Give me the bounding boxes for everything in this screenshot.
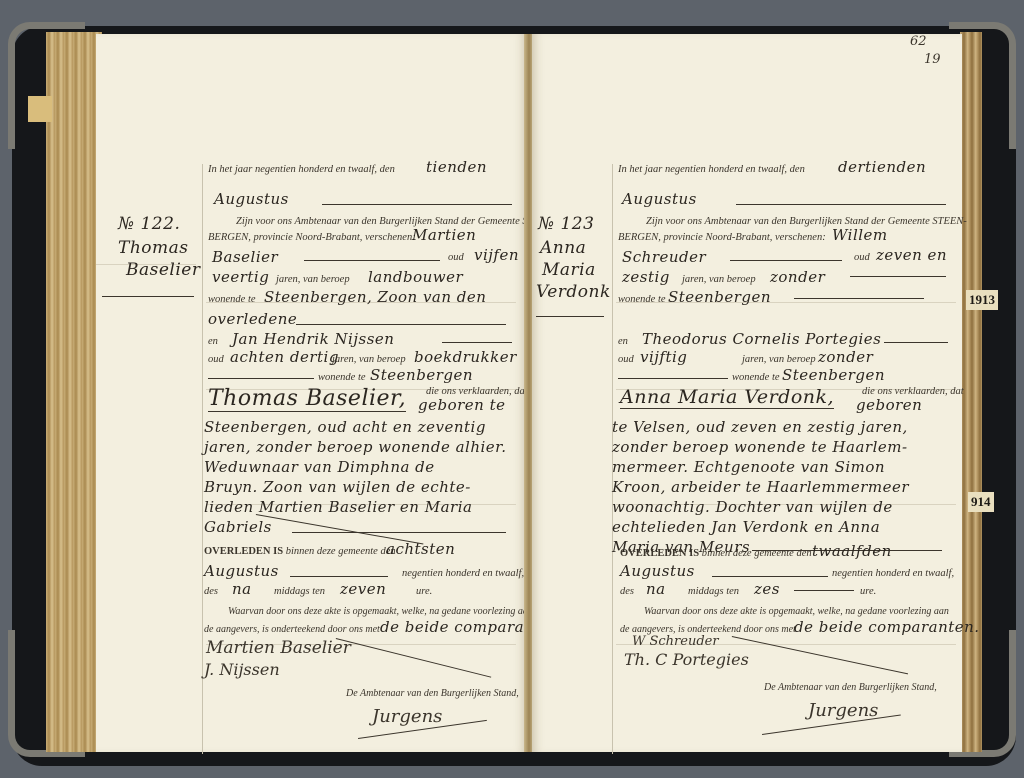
record-month: Augustus xyxy=(214,190,289,208)
margin-underline xyxy=(536,316,604,317)
closing-printed-1: Waarvan door ons deze akte is opgemaakt,… xyxy=(644,606,949,617)
intro-printed: In het jaar negentien honderd en twaalf,… xyxy=(618,164,805,175)
margin-name-line1: Anna xyxy=(540,238,586,258)
body-line-2: zonder beroep wonende te Haarlem- xyxy=(612,438,908,456)
strike-line xyxy=(732,636,908,674)
fill-line xyxy=(290,576,388,577)
declarant1-first-name: Martien xyxy=(412,226,476,244)
death-hour: zes xyxy=(754,580,780,598)
overleden-line: OVERLEDEN IS binnen deze gemeente den xyxy=(620,548,812,559)
declarant1-residence: Steenbergen xyxy=(668,288,771,306)
margin-name-line1: Thomas xyxy=(118,238,189,258)
deceased-name: Thomas Baselier, xyxy=(208,386,406,412)
death-year-printed: negentien honderd en twaalf, xyxy=(832,568,954,579)
index-tab-1914[interactable]: 914 xyxy=(968,492,994,512)
fill-line xyxy=(304,260,440,261)
margin-underline xyxy=(102,296,194,297)
declarant2-residence: Steenbergen xyxy=(782,366,885,384)
bookmark-tab[interactable] xyxy=(28,96,52,122)
record-day: tienden xyxy=(426,158,487,176)
record-day: dertienden xyxy=(838,158,926,176)
declarant1-first-name: Willem xyxy=(832,226,888,244)
record-number: № 122. xyxy=(118,214,180,234)
death-day: achtsten xyxy=(386,540,455,558)
declarant2-name: Jan Hendrik Nijssen xyxy=(232,330,394,348)
fill-line xyxy=(730,260,842,261)
wonende-label-2: wonende te xyxy=(318,372,366,383)
overleden-line: OVERLEDEN IS binnen deze gemeente den xyxy=(204,546,396,557)
declarant1-age-2: veertig xyxy=(212,268,269,286)
en-label: en xyxy=(618,336,628,347)
declarant1-residence: Steenbergen, Zoon van den xyxy=(264,288,486,306)
declarant1-relation: overledene xyxy=(208,310,297,328)
fill-line xyxy=(442,342,512,343)
oud-label-2: oud xyxy=(618,354,634,365)
jaren-label: jaren, van beroep xyxy=(276,274,350,285)
des-label: des xyxy=(620,586,634,597)
intro-printed: In het jaar negentien honderd en twaalf,… xyxy=(208,164,395,175)
fill-line xyxy=(884,342,948,343)
fill-line xyxy=(208,378,314,379)
body-line-4: Kroon, arbeider te Haarlemmermeer xyxy=(612,478,909,496)
official-signature: Jurgens xyxy=(808,700,878,721)
death-daypart: na xyxy=(646,580,666,598)
oud-label: oud xyxy=(448,252,464,263)
overleden-printed: binnen deze gemeente den xyxy=(702,548,812,559)
fill-line xyxy=(712,576,828,577)
margin-name-line3: Verdonk xyxy=(536,282,611,302)
official-printed: De Ambtenaar van den Burgerlijken Stand, xyxy=(346,688,519,699)
death-daypart: na xyxy=(232,580,252,598)
right-page: 62 19 № 123 Anna Maria Verdonk In het ja… xyxy=(532,34,962,752)
body-line-3: mermeer. Echtgenoote van Simon xyxy=(612,458,885,476)
oud-label-2: oud xyxy=(208,354,224,365)
middags-printed: middags ten xyxy=(688,586,739,597)
body-line-0: geboren xyxy=(856,396,922,414)
body-line-4: Bruyn. Zoon van wijlen de echte- xyxy=(204,478,471,496)
declarant2-residence: Steenbergen xyxy=(370,366,473,384)
body-line-1: te Velsen, oud zeven en zestig jaren, xyxy=(612,418,908,436)
declarant1-last-name: Baselier xyxy=(212,248,278,266)
death-day: twaalfden xyxy=(812,542,892,560)
fill-line xyxy=(292,532,506,533)
body-line-1: Steenbergen, oud acht en zeventig xyxy=(204,418,486,436)
signature-declarant1: W Schreuder xyxy=(632,634,719,649)
death-hour: zeven xyxy=(340,580,386,598)
body-line-3: Weduwnaar van Dimphna de xyxy=(204,458,435,476)
fill-line xyxy=(736,204,946,205)
fill-line xyxy=(296,324,506,325)
jaren-label-2: jaren, van beroep xyxy=(742,354,816,365)
death-year-printed: negentien honderd en twaalf, xyxy=(402,568,524,579)
declarant2-occupation: zonder xyxy=(818,348,873,366)
rule xyxy=(616,302,956,303)
middags-printed: middags ten xyxy=(274,586,325,597)
appeared-printed: Zijn voor ons Ambtenaar van den Burgerli… xyxy=(236,216,557,227)
body-line-5: lieden Martien Baselier en Maria xyxy=(204,498,472,516)
declarant2-age: vijftig xyxy=(640,348,687,366)
death-month: Augustus xyxy=(204,562,279,580)
official-printed: De Ambtenaar van den Burgerlijken Stand, xyxy=(764,682,937,693)
closing-printed-2: de aangevers, is onderteekend door ons m… xyxy=(204,624,380,635)
overleden-label: OVERLEDEN IS xyxy=(204,546,283,557)
overleden-label: OVERLEDEN IS xyxy=(620,548,699,559)
body-line-6: Gabriels xyxy=(204,518,272,536)
index-tab-1913[interactable]: 1913 xyxy=(966,290,998,310)
declarant1-last-name: Schreuder xyxy=(622,248,706,266)
fill-line xyxy=(850,276,946,277)
official-signature: Jurgens xyxy=(372,706,442,727)
declarant2-occupation: boekdrukker xyxy=(414,348,517,366)
declarant1-age-1: zeven en xyxy=(876,246,947,264)
declarant2-age: achten dertig xyxy=(230,348,339,366)
margin-name-line2: Baselier xyxy=(126,260,200,280)
overleden-printed: binnen deze gemeente den xyxy=(286,546,396,557)
appeared-printed-2: BERGEN, provincie Noord-Brabant, versche… xyxy=(208,232,416,243)
body-line-2: jaren, zonder beroep wonende alhier. xyxy=(204,438,506,456)
en-label: en xyxy=(208,336,218,347)
body-line-6: echtelieden Jan Verdonk en Anna xyxy=(612,518,880,536)
appeared-printed: Zijn voor ons Ambtenaar van den Burgerli… xyxy=(646,216,967,227)
body-line-0: geboren te xyxy=(418,396,506,414)
body-line-5: woonachtig. Dochter van wijlen de xyxy=(612,498,893,516)
declarant1-age-2: zestig xyxy=(622,268,670,286)
wonende-label: wonende te xyxy=(208,294,256,305)
declarant1-occupation: landbouwer xyxy=(368,268,463,286)
left-page: № 122. Thomas Baselier In het jaar negen… xyxy=(96,34,526,752)
appeared-printed-2: BERGEN, provincie Noord-Brabant, versche… xyxy=(618,232,826,243)
declarant1-age-1: vijfen xyxy=(474,246,519,264)
page-folio: 19 xyxy=(924,52,941,67)
fill-line xyxy=(794,590,854,591)
wonende-label-2: wonende te xyxy=(732,372,780,383)
record-month: Augustus xyxy=(622,190,697,208)
margin-line xyxy=(202,164,203,754)
record-number: № 123 xyxy=(538,214,594,234)
oud-label: oud xyxy=(854,252,870,263)
jaren-label-2: jaren, van beroep xyxy=(332,354,406,365)
ure-label: ure. xyxy=(860,586,876,597)
signature-declarant2: Th. C Portegies xyxy=(624,650,749,669)
wonende-label: wonende te xyxy=(618,294,666,305)
fill-line xyxy=(322,204,512,205)
ure-label: ure. xyxy=(416,586,432,597)
declarant2-name: Theodorus Cornelis Portegies xyxy=(642,330,881,348)
deceased-name: Anna Maria Verdonk, xyxy=(620,386,834,409)
closing-printed-1: Waarvan door ons deze akte is opgemaakt,… xyxy=(228,606,533,617)
page-edges-left xyxy=(46,32,102,752)
death-month: Augustus xyxy=(620,562,695,580)
fill-line xyxy=(618,378,728,379)
signature-declarant1: Martien Baselier xyxy=(206,638,351,658)
margin-name-line2: Maria xyxy=(542,260,596,280)
des-label: des xyxy=(204,586,218,597)
page-number: 62 xyxy=(910,34,927,49)
signed-by: de beide comparanten. xyxy=(794,618,980,636)
signature-declarant2: J. Nijssen xyxy=(204,660,280,679)
jaren-label: jaren, van beroep xyxy=(682,274,756,285)
fill-line xyxy=(794,298,924,299)
declarant1-occupation: zonder xyxy=(770,268,825,286)
